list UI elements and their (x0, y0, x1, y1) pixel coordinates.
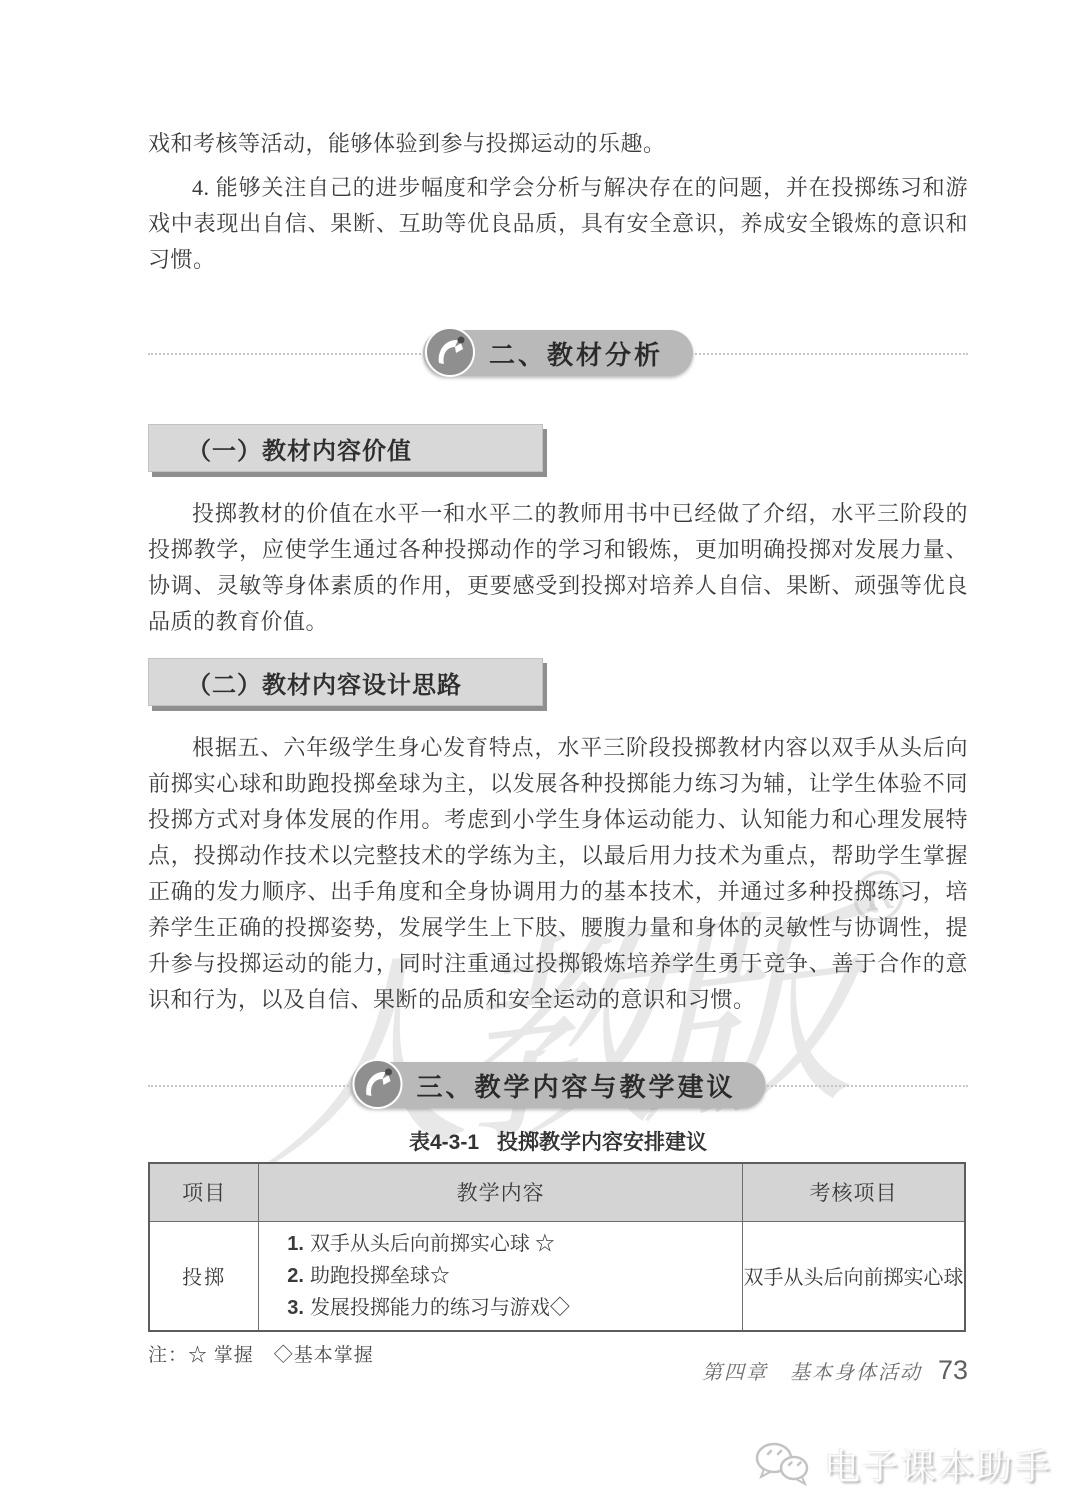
table-caption: 表4-3-1投掷教学内容安排建议 (148, 1126, 968, 1156)
gymnast-icon (425, 327, 475, 377)
paragraph-design-ideas: 根据五、六年级学生身心发育特点，水平三阶段投掷教材内容以双手从头后向前掷实心球和… (148, 730, 968, 1018)
footer-chapter-title: 第四章 基本身体活动 (702, 1356, 922, 1385)
table-caption-title: 投掷教学内容安排建议 (497, 1131, 707, 1154)
ebook-helper-label: 电子课本助手 (824, 1439, 1052, 1490)
subsection-header-1: （一）教材内容价值 (148, 424, 543, 472)
gymnast-icon (352, 1059, 402, 1109)
textbook-page: 人教版® 戏和考核等活动，能够体验到参与投掷运动的乐趣。 4. 能够关注自己的进… (0, 0, 1080, 1508)
section-pill-2: 二、教材分析 (423, 330, 693, 376)
paragraph-objective-4: 4. 能够关注自己的进步幅度和学会分析与解决存在的问题，并在投掷练习和游戏中表现… (148, 170, 968, 278)
footer-page-number: 73 (938, 1355, 968, 1386)
wechat-icon (750, 1438, 814, 1490)
teaching-content-line: 1.双手从头后向前掷实心球 ☆ (287, 1228, 732, 1260)
column-header-assessment: 考核项目 (743, 1163, 965, 1221)
table-caption-label: 表4-3-1 (409, 1131, 479, 1154)
column-header-item: 项目 (149, 1163, 259, 1221)
list-number: 2. (287, 1265, 304, 1287)
list-text: 发展投掷能力的练习与游戏◇ (310, 1297, 570, 1319)
subsection-title: （一）教材内容价值 (187, 431, 412, 466)
column-header-content: 教学内容 (259, 1163, 743, 1221)
table-row: 投掷 1.双手从头后向前掷实心球 ☆ 2.助跑投掷垒球☆ 3.发展投掷能力的练习… (149, 1221, 965, 1331)
table-header-row: 项目 教学内容 考核项目 (149, 1163, 965, 1221)
section-header-row-2: 二、教材分析 (148, 330, 968, 376)
teaching-content-line: 3.发展投掷能力的练习与游戏◇ (287, 1292, 732, 1324)
section-title: 三、教学内容与教学建议 (416, 1067, 735, 1104)
ebook-helper-watermark: 电子课本助手 (750, 1438, 1052, 1490)
cell-teaching-contents: 1.双手从头后向前掷实心球 ☆ 2.助跑投掷垒球☆ 3.发展投掷能力的练习与游戏… (259, 1221, 743, 1331)
section-title: 二、教材分析 (489, 335, 663, 372)
cell-assessment: 双手从头后向前掷实心球 (743, 1221, 965, 1331)
teaching-content-table: 项目 教学内容 考核项目 投掷 1.双手从头后向前掷实心球 ☆ 2.助跑投掷垒球… (148, 1162, 966, 1332)
teaching-content-line: 2.助跑投掷垒球☆ (287, 1260, 732, 1292)
subsection-title: （二）教材内容设计思路 (187, 665, 462, 700)
paragraph-continuation: 戏和考核等活动，能够体验到参与投掷运动的乐趣。 (148, 126, 968, 162)
section-pill-3: 三、教学内容与教学建议 (350, 1062, 765, 1108)
section-header-row-3: 三、教学内容与教学建议 (148, 1062, 968, 1108)
list-text: 助跑投掷垒球☆ (310, 1265, 450, 1287)
subsection-header-2: （二）教材内容设计思路 (148, 658, 543, 706)
list-number: 1. (287, 1233, 304, 1255)
list-number: 3. (287, 1297, 304, 1319)
page-content: 戏和考核等活动，能够体验到参与投掷运动的乐趣。 4. 能够关注自己的进步幅度和学… (148, 0, 968, 1367)
paragraph-material-value: 投掷教材的价值在水平一和水平二的教师用书中已经做了介绍，水平三阶段的投掷教学，应… (148, 496, 968, 640)
list-text: 双手从头后向前掷实心球 ☆ (310, 1233, 555, 1255)
page-footer: 第四章 基本身体活动 73 (702, 1355, 968, 1386)
cell-item: 投掷 (149, 1221, 259, 1331)
